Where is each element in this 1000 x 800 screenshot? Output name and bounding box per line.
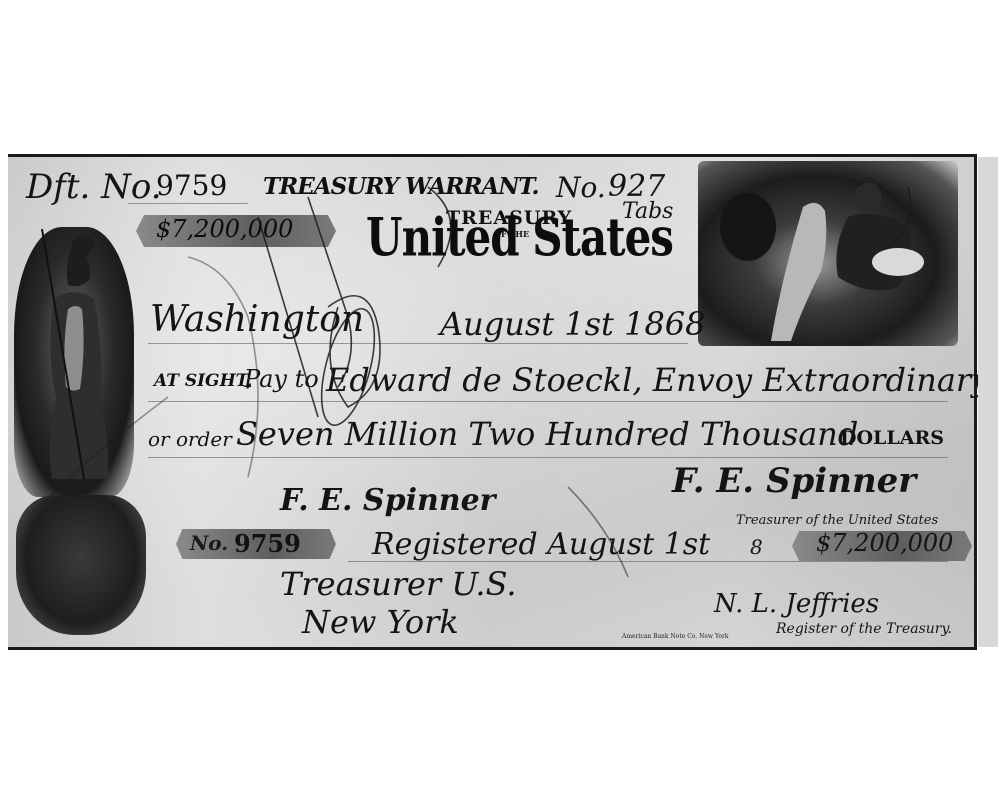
registered-text: Registered August 1st: [372, 527, 710, 562]
register-caption: Register of the Treasury.: [776, 621, 952, 637]
at-sight-label: AT SIGHT,: [154, 371, 252, 391]
signature-treasurer: F. E. Spinner: [672, 461, 916, 501]
warrant-title: TREASURY WARRANT.: [263, 173, 539, 200]
amount-bottom: $7,200,000: [816, 529, 953, 557]
draft-label: Dft. No.: [26, 167, 162, 207]
printer-imprint: American Bank Note Co. New York: [622, 633, 729, 640]
place: Washington: [150, 299, 364, 340]
amount-words: Seven Million Two Hundred Thousand: [236, 415, 858, 453]
minerva-figure-icon: [24, 229, 124, 494]
treasurer-caption: Treasurer of the United States: [736, 513, 938, 528]
header-united-states: United States: [366, 207, 673, 268]
amount-top: $7,200,000: [156, 215, 293, 243]
date: August 1st 1868: [440, 305, 706, 343]
or-order-label: or order: [148, 427, 232, 451]
registered-number: 9759: [234, 529, 301, 558]
endorsement-line1: Treasurer U.S.: [280, 565, 517, 603]
signature-register: N. L. Jeffries: [714, 589, 879, 619]
registered-year-fragment: 8: [750, 535, 763, 559]
endorsement-line2: New York: [302, 603, 459, 641]
payee: Edward de Stoeckl, Envoy Extraordinary &…: [326, 361, 1000, 399]
registered-no-label: No.: [190, 531, 228, 555]
pay-to-label: Pay to: [244, 365, 319, 393]
warrant-no-label: No.: [556, 171, 606, 204]
treasury-warrant-document: Dft. No. 9759 TREASURY WARRANT. No. 927 …: [8, 154, 977, 650]
draft-number: 9759: [156, 169, 227, 202]
seated-figures-icon: [708, 167, 958, 342]
dollars-label: DOLLARS: [840, 427, 944, 449]
signature-left: F. E. Spinner: [280, 483, 495, 518]
shield-ornament: [16, 495, 146, 635]
